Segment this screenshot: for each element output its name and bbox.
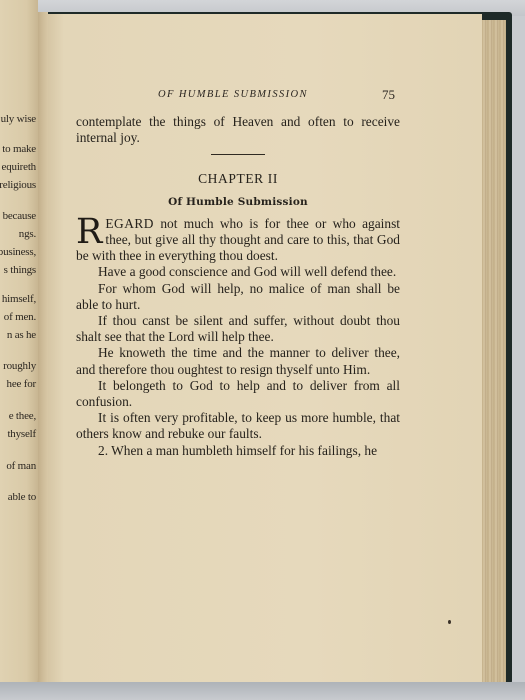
left-fragment: e thee,: [9, 410, 36, 422]
drop-cap: R: [76, 218, 102, 246]
left-page-text: uly wise to make equireth religious beca…: [0, 0, 38, 700]
paragraph: He knoweth the time and the manner to de…: [76, 345, 400, 377]
paragraph: For whom God will help, no malice of man…: [76, 281, 400, 313]
paragraph: Have a good conscience and God will well…: [76, 264, 400, 280]
chapter-subtitle: Of Humble Submission: [76, 194, 400, 210]
left-fragment: n as he: [7, 329, 36, 341]
page-stack-edge: [480, 20, 506, 683]
page-number: 75: [382, 87, 395, 103]
numbered-paragraph: 2. When a man humbleth himself for his f…: [76, 443, 400, 459]
opening-paragraph: REGARD not much who is for thee or who a…: [76, 216, 400, 265]
paragraph: It belongeth to God to help and to deliv…: [76, 378, 400, 410]
left-fragment: hee for: [7, 378, 36, 390]
paragraph: If thou canst be silent and suffer, with…: [76, 313, 400, 345]
left-fragment: of man: [6, 460, 36, 472]
continuation-paragraph: contemplate the things of Heaven and oft…: [76, 114, 400, 146]
running-head-title: OF HUMBLE SUBMISSION: [158, 89, 308, 100]
section-divider: [211, 154, 265, 155]
background-bottom: [0, 682, 525, 700]
left-fragment: business,: [0, 246, 36, 258]
left-fragment: s things: [4, 264, 36, 276]
paper-spot: [448, 620, 451, 624]
running-head: OF HUMBLE SUBMISSION 75: [0, 89, 525, 105]
lead-caps: EGARD: [105, 216, 154, 231]
chapter-heading: CHAPTER II: [76, 171, 400, 187]
left-fragment: uly wise: [1, 113, 36, 125]
left-fragment: because: [3, 210, 36, 222]
left-fragment: roughly: [3, 360, 36, 372]
left-fragment: himself,: [2, 293, 36, 305]
left-fragment: able to: [8, 491, 36, 503]
left-fragment: religious: [0, 179, 36, 191]
left-fragment: ngs.: [19, 228, 36, 240]
left-fragment: to make: [2, 143, 36, 155]
left-fragment: equireth: [2, 161, 36, 173]
left-fragment: thyself: [7, 428, 36, 440]
page-body: contemplate the things of Heaven and oft…: [76, 114, 400, 459]
left-fragment: of men.: [4, 311, 36, 323]
paragraph: It is often very profitable, to keep us …: [76, 410, 400, 442]
